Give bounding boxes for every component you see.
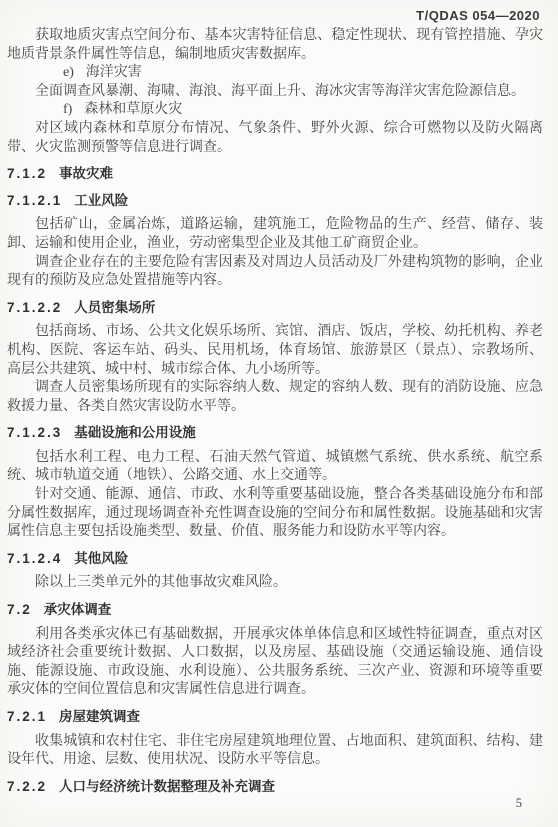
heading-number: 7.2.2 [7,779,47,794]
paragraph-industry-survey: 调查企业存在的主要危险有害因素及对周边人员活动及厂外建构筑物的影响，企业现有的预… [7,254,543,291]
paragraph-infrastructure-scope: 包括水利工程、电力工程、石油天然气管道、城镇燃气系统、供水系统、航空系统、城市轨… [7,449,543,486]
section-heading-7-1-2-4: 7.1.2.4其他风险 [7,550,543,569]
paragraph-industry-scope: 包括矿山，金属冶炼，道路运输，建筑施工，危险物品的生产、经营、储存、装卸、运输和… [7,216,543,253]
heading-title: 事故灾难 [59,166,113,181]
heading-title: 人口与经济统计数据整理及补充调查 [59,779,275,794]
section-heading-7-1-2-3: 7.1.2.3基础设施和公用设施 [7,424,543,443]
section-heading-7-1-2-2: 7.1.2.2人员密集场所 [7,299,543,318]
section-heading-7-2-1: 7.2.1房屋建筑调查 [7,708,543,727]
document-page: T/QDAS 054—2020 获取地质灾害点空间分布、基本灾害特征信息、稳定性… [0,0,558,827]
paragraph-other-risks: 除以上三类单元外的其他事故灾难风险。 [7,574,543,593]
page-number: 5 [516,796,522,811]
doc-number: T/QDAS 054—2020 [416,8,540,23]
heading-title: 承灾体调查 [44,602,112,617]
section-heading-7-2-2: 7.2.2人口与经济统计数据整理及补充调查 [7,778,543,797]
paragraph-marine-survey: 全面调查风暴潮、海啸、海浪、海平面上升、海冰灾害等海洋灾害危险源信息。 [7,83,543,102]
paragraph-crowded-places-survey: 调查人员密集场所现有的实际容纳人数、规定的容纳人数、现有的消防设施、应急救援力量… [7,379,543,416]
heading-title: 基础设施和公用设施 [74,425,196,440]
heading-number: 7.1.2.4 [7,551,62,566]
heading-number: 7.2.1 [7,709,47,724]
heading-title: 人员密集场所 [74,300,155,315]
heading-title: 其他风险 [74,551,128,566]
heading-number: 7.1.2.1 [7,193,62,208]
heading-number: 7.2 [7,602,32,617]
heading-number: 7.1.2.2 [7,300,62,315]
heading-title: 工业风险 [74,193,128,208]
list-marker-f: f) [35,101,72,120]
list-item-label: 海洋灾害 [86,65,142,80]
paragraph-crowded-places-scope: 包括商场、市场、公共文化娱乐场所、宾馆、酒店、饭店，学校、幼托机构、养老机构、医… [7,323,543,379]
heading-number: 7.1.2 [7,166,47,181]
heading-title: 房屋建筑调查 [59,709,140,724]
section-heading-7-1-2: 7.1.2事故灾难 [7,165,543,184]
section-heading-7-1-2-1: 7.1.2.1工业风险 [7,192,543,211]
list-marker-e: e) [35,64,74,83]
section-heading-7-2: 7.2承灾体调查 [7,601,543,620]
paragraph-infrastructure-survey: 针对交通、能源、通信、市政、水利等重要基础设施，整合各类基础设施分布和部分属性数… [7,486,543,542]
paragraph-forest-fire-survey: 对区域内森林和草原分布情况、气象条件、野外火源、综合可燃物以及防火隔离带、火灾监… [7,120,543,157]
document-body: 获取地质灾害点空间分布、基本灾害特征信息、稳定性现状、现有管控措施、孕灾地质背景… [7,27,543,802]
list-item-f-forest-fire: f)森林和草原火灾 [7,101,543,120]
heading-number: 7.1.2.3 [7,425,62,440]
paragraph-geology-db: 获取地质灾害点空间分布、基本灾害特征信息、稳定性现状、现有管控措施、孕灾地质背景… [7,27,543,64]
list-item-e-marine: e)海洋灾害 [7,64,543,83]
paragraph-disaster-bearing-body: 利用各类承灾体已有基础数据，开展承灾体单体信息和区域性特征调查，重点对区域经济社… [7,626,543,700]
paragraph-building-survey: 收集城镇和农村住宅、非住宅房屋建筑地理位置、占地面积、建筑面积、结构、建设年代、… [7,733,543,770]
list-item-label: 森林和草原火灾 [84,102,182,117]
